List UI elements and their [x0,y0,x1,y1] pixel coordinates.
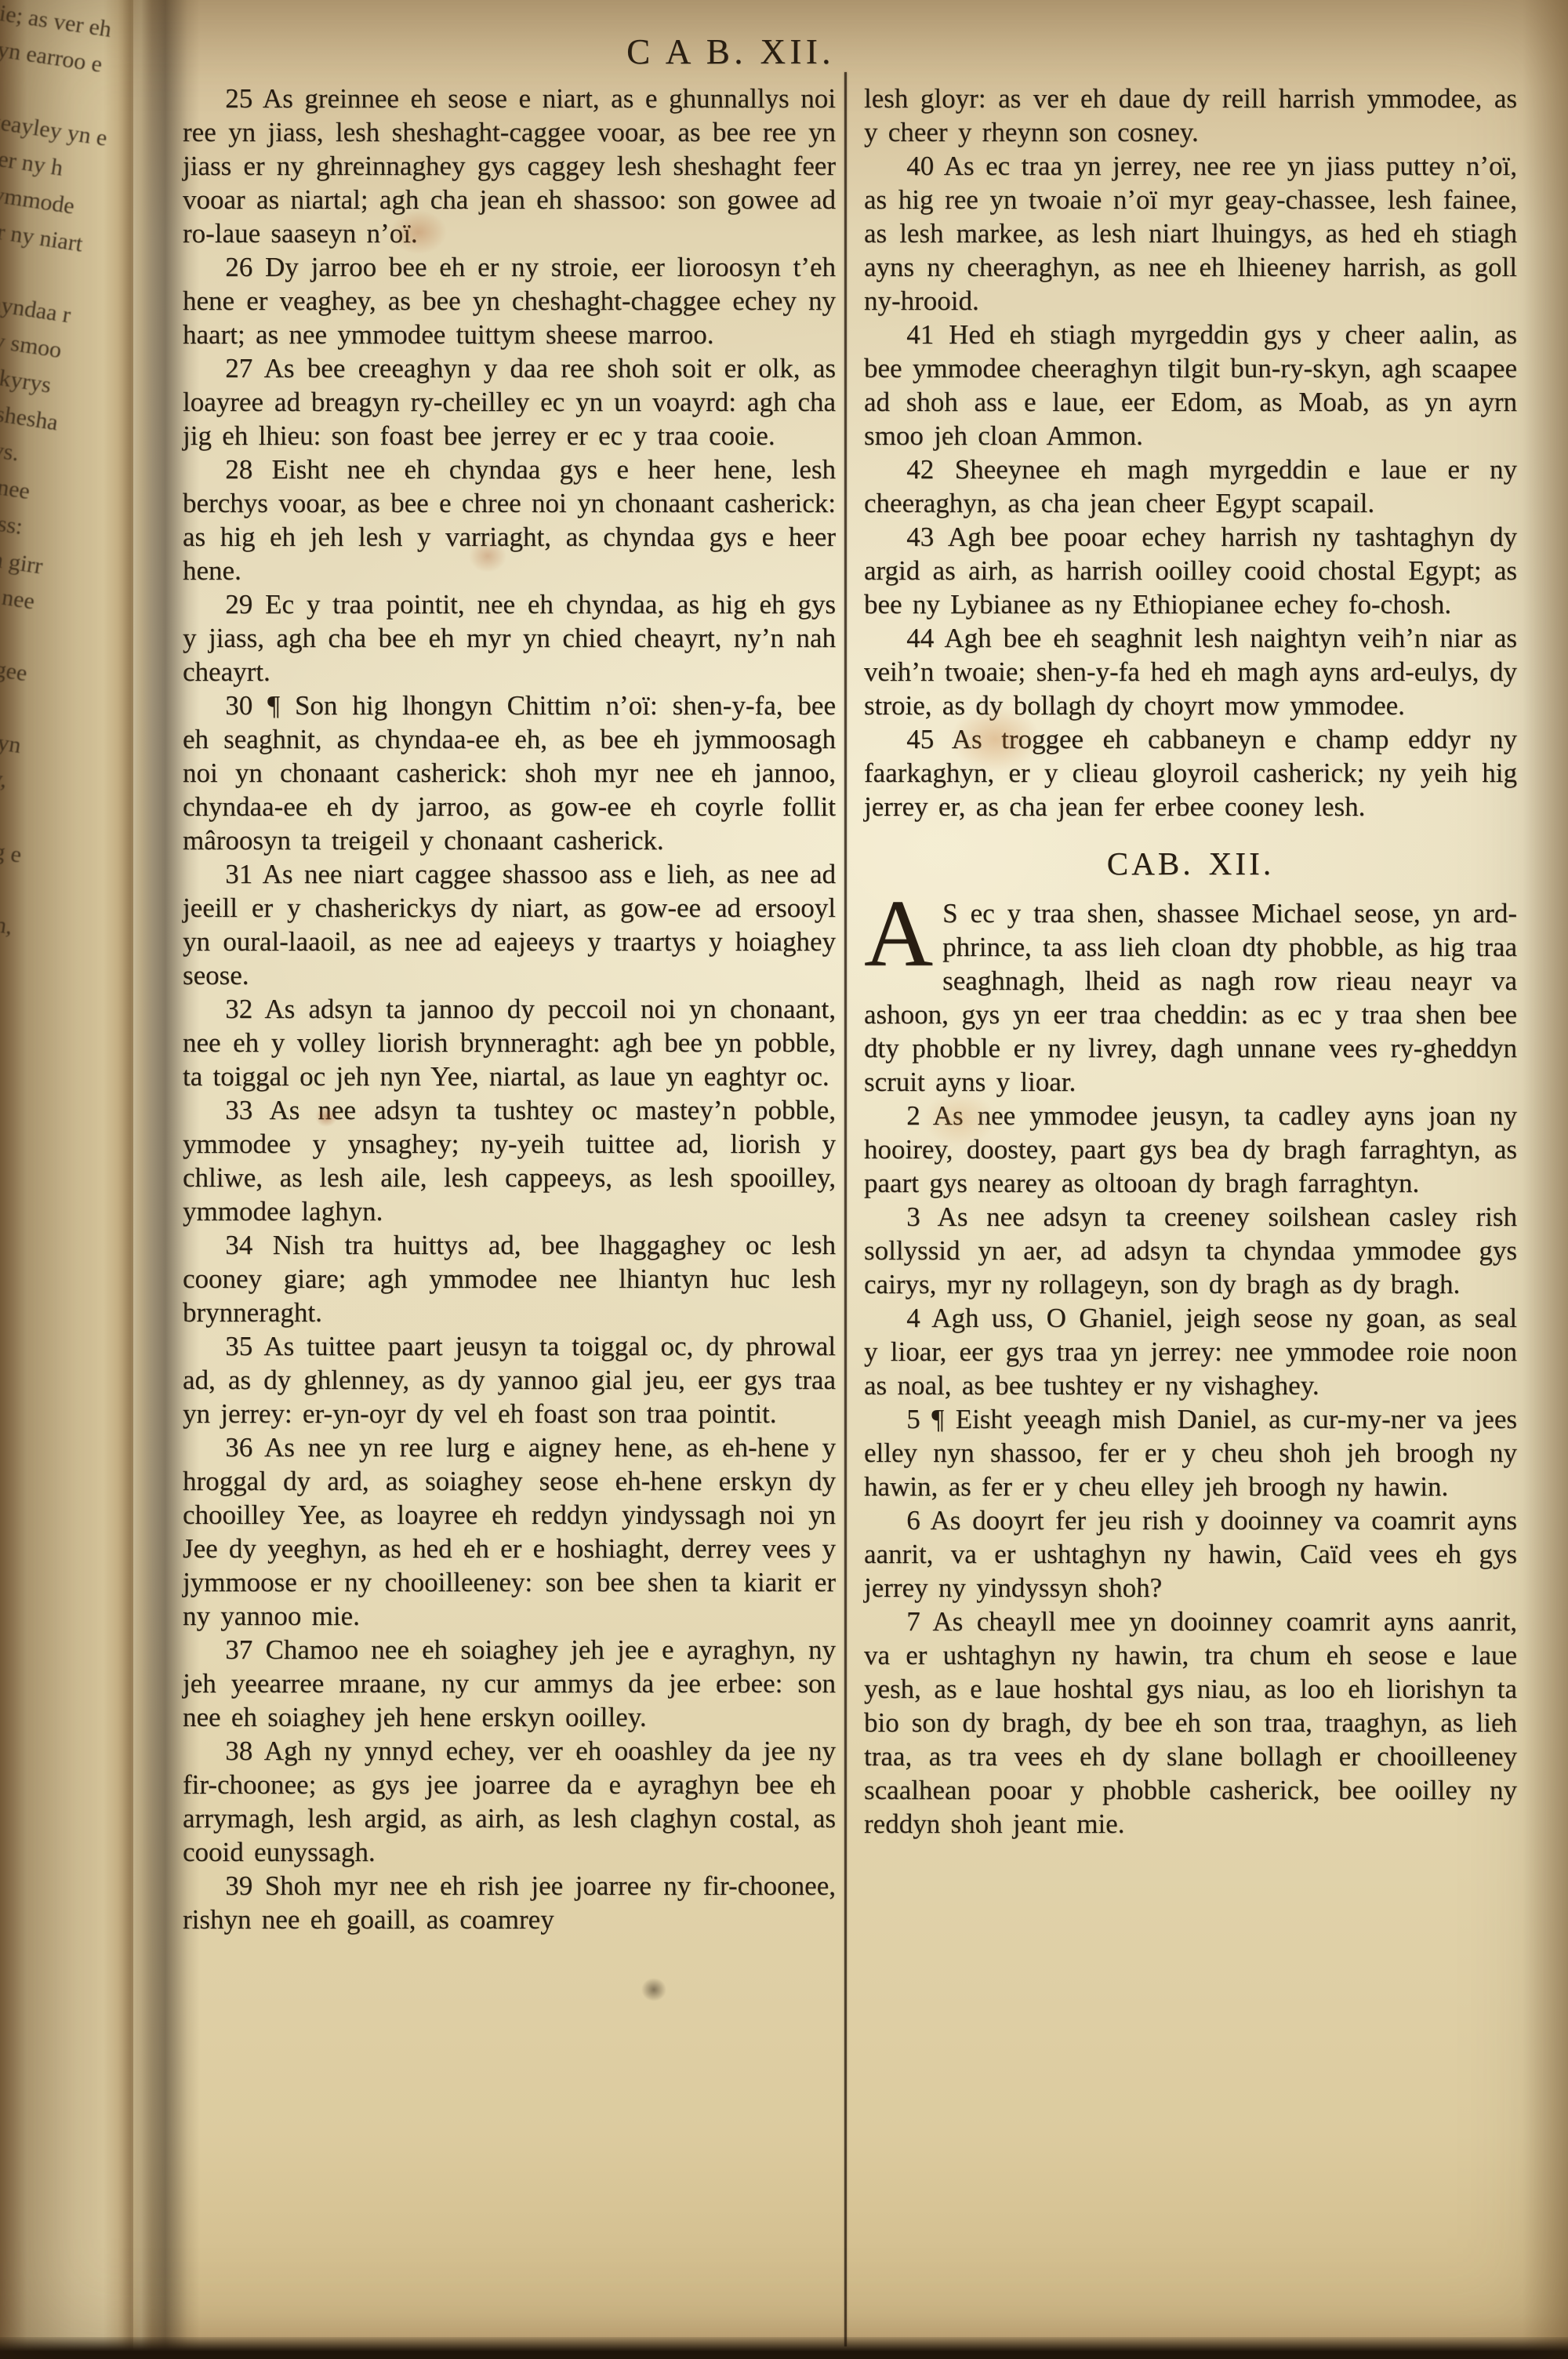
facing-page-text-fragments: yn twoaie; as ver ehagh bee yn earroo ee… [0,0,133,2343]
verse-paragraph: 33 As nee adsyn ta tushtey oc mastey’n p… [183,1093,836,1228]
scanned-book-page: yn twoaie; as ver ehagh bee yn earroo ee… [0,0,1568,2359]
verse-paragraph: 5 ¶ Eisht yeeagh mish Daniel, as cur-my-… [864,1402,1517,1503]
ink-smudge [641,1978,666,2001]
chapter-11-continuation: lesh gloyr: as ver eh daue dy reill harr… [864,82,1517,823]
verse-paragraph: 6 As dooyrt fer jeu rish y dooinney va c… [864,1503,1517,1605]
verse-paragraph: 41 Hed eh stiagh myrgeddin gys y cheer a… [864,318,1517,453]
verse-paragraph: 32 As adsyn ta jannoo dy peccoil noi yn … [183,992,836,1093]
verse-paragraph: 30 ¶ Son hig lhongyn Chittim n’oï: shen-… [183,689,836,857]
verse-1-paragraph: AS ec y traa shen, shassee Michael seose… [864,896,1517,1099]
verse-paragraph: 7 As cheayll mee yn dooinney coamrit ayn… [864,1605,1517,1841]
verse-paragraph: 34 Nish tra huittys ad, bee lhaggaghey o… [183,1228,836,1329]
verse-paragraph: 42 Sheeynee eh magh myrgeddin e laue er … [864,453,1517,520]
verse-paragraph: 35 As tuittee paart jeusyn ta toiggal oc… [183,1329,836,1430]
corner-shadow [0,2171,298,2359]
facing-page-gutter: yn twoaie; as ver ehagh bee yn earroo ee… [0,0,133,2359]
verse-paragraph: 40 As ec traa yn jerrey, nee ree yn jias… [864,149,1517,318]
verse-paragraph: 44 Agh bee eh seaghnit lesh naightyn vei… [864,621,1517,722]
verse-paragraph: 39 Shoh myr nee eh rish jee joarree ny f… [183,1869,836,1936]
verse-paragraph: 45 As troggee eh cabbaneyn e champ eddyr… [864,722,1517,823]
right-text-column: lesh gloyr: as ver eh daue dy reill harr… [864,82,1517,1841]
chapter-12-verses: 2 As nee ymmodee jeusyn, ta cadley ayns … [864,1099,1517,1841]
chapter-heading: CAB. XII. [864,847,1517,881]
verse-paragraph: 37 Chamoo nee eh soiaghey jeh jee e ayra… [183,1633,836,1734]
verse-paragraph: 26 Dy jarroo bee eh er ny stroie, eer li… [183,250,836,351]
photo-bottom-edge [0,2337,1568,2359]
verse-1-text: S ec y traa shen, shassee Michael seose,… [864,898,1517,1097]
dropcap-letter: A [864,896,942,969]
verse-paragraph: 36 As nee yn ree lurg e aigney hene, as … [183,1430,836,1633]
verse-paragraph: 31 As nee niart caggee shassoo ass e lie… [183,857,836,992]
corner-shadow [0,0,337,212]
verse-paragraph: 28 Eisht nee eh chyndaa gys e heer hene,… [183,453,836,587]
left-text-column: 25 As greinnee eh seose e niart, as e gh… [183,82,836,1936]
page-right-edge-shade [1523,0,1568,2359]
verse-paragraph: 27 As bee creeaghyn y daa ree shoh soit … [183,351,836,453]
verse-paragraph: 2 As nee ymmodee jeusyn, ta cadley ayns … [864,1099,1517,1200]
verse-paragraph: 43 Agh bee pooar echey harrish ny tashta… [864,520,1517,621]
verse-paragraph: 3 As nee adsyn ta creeney soilshean casl… [864,1200,1517,1301]
verse-paragraph: 29 Ec y traa pointit, nee eh chyndaa, as… [183,587,836,689]
column-divider-rule [844,72,847,2346]
verse-paragraph: 4 Agh uss, O Ghaniel, jeigh seose ny goa… [864,1301,1517,1402]
verse-paragraph: 38 Agh ny ynnyd echey, ver eh ooashley d… [183,1734,836,1869]
